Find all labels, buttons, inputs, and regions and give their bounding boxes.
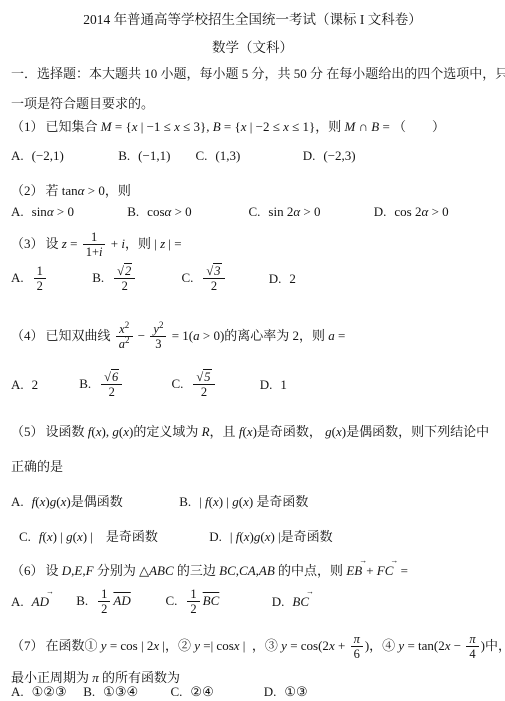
- question-4-number: （4）: [11, 328, 44, 343]
- section-intro-line-2: 一项是符合题目要求的。: [11, 93, 497, 112]
- question-3-stem: 设 z = 11+i + i，则 | z | =: [46, 236, 182, 251]
- option-label: B.: [92, 270, 104, 285]
- option-content: 2: [289, 271, 296, 286]
- option-label: C.: [166, 593, 178, 608]
- option-label: A.: [11, 148, 24, 163]
- question-5-options-row-2: C.f(x) | g(x) | 是奇函数 D.| f(x)g(x) |是奇函数: [11, 526, 497, 545]
- option-content: f(x) | g(x) | 是奇函数: [39, 529, 158, 544]
- question-5-option-c: C.f(x) | g(x) | 是奇函数: [19, 526, 206, 545]
- option-label: D.: [264, 684, 277, 699]
- question-3-stem-row: （3）设 z = 11+i + i，则 | z | =: [11, 230, 497, 260]
- option-label: C.: [171, 684, 183, 699]
- question-3-number: （3）: [11, 236, 44, 251]
- question-6-number: （6）: [11, 563, 44, 578]
- option-label: D.: [209, 529, 222, 544]
- option-content: AD: [32, 594, 53, 609]
- option-label: C.: [19, 529, 31, 544]
- question-1-option-a: A.(−2,1): [11, 148, 115, 164]
- question-2-number: （2）: [11, 183, 44, 198]
- question-1-option-c: C.(1,3): [196, 148, 300, 164]
- exam-page: 2014 年普通高等学校招生全国统一考试（课标 I 文科卷） 数学（文科） 一．…: [0, 0, 505, 701]
- option-content: f(x)g(x)是偶函数: [32, 494, 123, 509]
- option-content: 12: [32, 270, 48, 285]
- question-4-option-d: D.1: [260, 377, 287, 393]
- option-content: √32: [201, 270, 226, 285]
- option-content: 1: [280, 377, 287, 392]
- question-2-stem-row: （2）若 tanα > 0，则: [11, 180, 497, 199]
- option-label: D.: [374, 204, 387, 219]
- question-1-option-b: B.(−1,1): [118, 148, 192, 164]
- option-content: (−1,1): [138, 148, 170, 163]
- option-content: (−2,1): [32, 148, 64, 163]
- question-3-option-b: B.√22: [92, 264, 178, 294]
- option-label: A.: [11, 684, 24, 699]
- option-content: | f(x) | g(x) 是奇函数: [199, 494, 308, 509]
- option-content: ②④: [190, 684, 213, 699]
- question-1-stem: 已知集合 M = {x | −1 ≤ x ≤ 3}, B = {x | −2 ≤…: [46, 119, 446, 134]
- question-5-number: （5）: [11, 424, 44, 439]
- question-4-stem: 已知双曲线 x2a2 − y23 = 1(a > 0)的离心率为 2，则 a =: [46, 328, 346, 343]
- question-6-options: A.AD B.12AD C.12BC D.BC: [11, 587, 497, 617]
- option-content: 2: [32, 377, 39, 392]
- question-2-options: A.sinα > 0 B.cosα > 0 C.sin 2α > 0 D.cos…: [11, 203, 497, 220]
- question-4-options: A.2 B.√62 C.√52 D.1: [11, 370, 497, 400]
- question-7-option-b: B.①③④: [83, 684, 167, 700]
- option-label: A.: [11, 494, 24, 509]
- option-content: BC: [292, 594, 313, 609]
- question-7-option-d: D.①③: [264, 684, 308, 700]
- option-content: (−2,3): [323, 148, 355, 163]
- question-6-option-c: C.12BC: [166, 587, 269, 617]
- question-5-option-d: D.| f(x)g(x) |是奇函数: [209, 526, 332, 545]
- option-content: | f(x)g(x) |是奇函数: [230, 529, 333, 544]
- question-2-option-b: B.cosα > 0: [127, 204, 245, 220]
- option-content: cosα > 0: [147, 204, 192, 219]
- question-6-option-b: B.12AD: [76, 587, 162, 617]
- option-label: C.: [249, 204, 261, 219]
- question-1-stem-row: （1）已知集合 M = {x | −1 ≤ x ≤ 3}, B = {x | −…: [11, 116, 497, 135]
- question-4-option-c: C.√52: [172, 370, 257, 400]
- question-5-option-b: B.| f(x) | g(x) 是奇函数: [179, 491, 308, 510]
- option-label: B.: [83, 684, 95, 699]
- option-content: (1,3): [215, 148, 240, 163]
- question-5-options-row-1: A.f(x)g(x)是偶函数 B.| f(x) | g(x) 是奇函数: [11, 491, 497, 510]
- option-label: B.: [79, 376, 91, 391]
- option-content: cos 2α > 0: [394, 204, 448, 219]
- question-5-option-a: A.f(x)g(x)是偶函数: [11, 491, 176, 510]
- option-label: D.: [303, 148, 316, 163]
- question-1-number: （1）: [11, 119, 44, 134]
- question-2-stem: 若 tanα > 0，则: [46, 183, 131, 198]
- question-4-option-b: B.√62: [79, 370, 168, 400]
- option-label: C.: [172, 376, 184, 391]
- question-2-option-d: D.cos 2α > 0: [374, 204, 449, 220]
- option-label: A.: [11, 594, 24, 609]
- question-1-option-d: D.(−2,3): [303, 148, 356, 164]
- option-label: C.: [182, 270, 194, 285]
- question-5-stem-row: （5）设函数 f(x), g(x)的定义域为 R，且 f(x)是奇函数， g(x…: [11, 421, 497, 440]
- question-7-stem: 在函数① y = cos | 2x |，② y =| cosx | ，③ y =…: [46, 638, 505, 653]
- question-4-option-a: A.2: [11, 377, 76, 393]
- question-7-option-a: A.①②③: [11, 684, 80, 700]
- option-content: sinα > 0: [32, 204, 74, 219]
- option-label: B.: [127, 204, 139, 219]
- option-label: B.: [118, 148, 130, 163]
- question-7-options: A.①②③ B.①③④ C.②④ D.①③: [11, 683, 497, 700]
- option-label: D.: [272, 594, 285, 609]
- option-content: √62: [99, 376, 124, 391]
- question-7-number: （7）: [11, 638, 44, 653]
- question-7-option-c: C.②④: [171, 684, 261, 700]
- option-content: √52: [191, 376, 216, 391]
- question-2-option-a: A.sinα > 0: [11, 204, 124, 220]
- question-6-option-d: D.BC: [272, 594, 313, 610]
- exam-subtitle: 数学（文科）: [0, 36, 505, 56]
- option-content: 12AD: [96, 593, 132, 608]
- option-content: ①③: [284, 684, 307, 699]
- option-content: 12BC: [185, 593, 220, 608]
- option-label: A.: [11, 377, 24, 392]
- question-6-option-a: A.AD: [11, 594, 73, 610]
- question-3-option-a: A.12: [11, 264, 89, 294]
- option-label: B.: [76, 593, 88, 608]
- option-label: D.: [260, 377, 273, 392]
- question-5-stem: 设函数 f(x), g(x)的定义域为 R，且 f(x)是奇函数， g(x)是偶…: [46, 424, 490, 439]
- exam-title: 2014 年普通高等学校招生全国统一考试（课标 I 文科卷）: [0, 8, 505, 28]
- question-5-stem-continued: 正确的是: [11, 459, 63, 474]
- question-3-options: A.12 B.√22 C.√32 D.2: [11, 264, 497, 294]
- option-label: A.: [11, 270, 24, 285]
- question-2-option-c: C.sin 2α > 0: [249, 204, 371, 220]
- question-5-stem-row-2: 正确的是: [11, 456, 497, 475]
- question-3-option-c: C.√32: [182, 264, 266, 294]
- option-label: B.: [179, 494, 191, 509]
- question-1-options: A.(−2,1) B.(−1,1) C.(1,3) D.(−2,3): [11, 147, 497, 164]
- option-content: √22: [112, 270, 137, 285]
- question-6-stem: 设 D,E,F 分别为 △ABC 的三边 BC,CA,AB 的中点，则 EB+ …: [46, 563, 409, 578]
- question-6-stem-row: （6）设 D,E,F 分别为 △ABC 的三边 BC,CA,AB 的中点，则 E…: [11, 560, 497, 579]
- option-content: ①②③: [32, 684, 67, 699]
- option-content: sin 2α > 0: [268, 204, 320, 219]
- option-content: ①③④: [103, 684, 138, 699]
- option-label: C.: [196, 148, 208, 163]
- option-label: D.: [269, 271, 282, 286]
- question-4-stem-row: （4）已知双曲线 x2a2 − y23 = 1(a > 0)的离心率为 2，则 …: [11, 322, 497, 352]
- option-label: A.: [11, 204, 24, 219]
- question-3-option-d: D.2: [269, 271, 296, 287]
- question-7-stem-row: （7）在函数① y = cos | 2x |，② y =| cosx | ，③ …: [11, 632, 497, 662]
- section-intro-line-1: 一．选择题：本大题共 10 小题，每小题 5 分，共 50 分 在每小题给出的四…: [11, 63, 497, 82]
